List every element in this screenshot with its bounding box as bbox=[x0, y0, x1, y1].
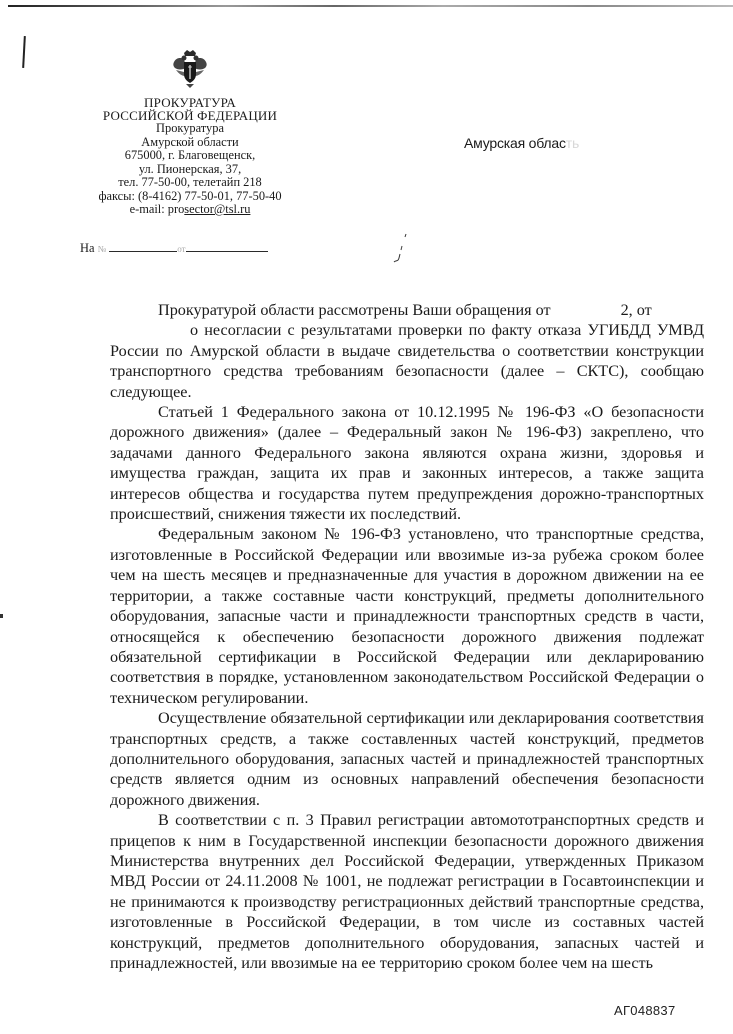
dept-line1: Прокуратура bbox=[60, 122, 320, 136]
email-prefix: e-mail: pro bbox=[130, 202, 185, 216]
email-link[interactable]: sector@tsl.ru bbox=[184, 202, 250, 216]
email-line: e-mail: prosector@tsl.ru bbox=[60, 203, 320, 217]
phone-line: тел. 77-50-00, телетайп 218 bbox=[60, 176, 320, 190]
intro-part1: Прокуратурой области рассмотрены Ваши об… bbox=[158, 301, 551, 319]
paragraph-registration-rules: В соответствии с п. 3 Правил регистрации… bbox=[110, 810, 704, 973]
recipient-visible: Амурская облас bbox=[464, 135, 566, 151]
dept-line2: Амурской области bbox=[60, 136, 320, 150]
form-serial-number: АГ048837 bbox=[614, 1003, 676, 1018]
reference-prefix: На bbox=[80, 241, 94, 255]
paragraph-law-article: Статьей 1 Федерального закона от 10.12.1… bbox=[110, 402, 704, 524]
signature-mark bbox=[392, 232, 412, 268]
reference-number-label: № bbox=[98, 244, 107, 254]
reference-date-blank bbox=[186, 240, 268, 252]
fax-line: факсы: (8-4162) 77-50-01, 77-50-40 bbox=[60, 190, 320, 204]
paragraph-intro: Прокуратурой области рассмотрены Ваши об… bbox=[110, 300, 704, 402]
letter-body: Прокуратурой области рассмотрены Ваши об… bbox=[110, 300, 704, 973]
scan-edge-line bbox=[8, 5, 733, 7]
paragraph-certification: Федеральным законом № 196-ФЗ установлено… bbox=[110, 524, 704, 708]
margin-pen-mark bbox=[22, 36, 26, 68]
recipient-faded: ть bbox=[566, 135, 579, 151]
reference-number-line: На № от bbox=[80, 240, 268, 256]
letterhead: ПРОКУРАТУРА РОССИЙСКОЙ ФЕДЕРАЦИИ Прокура… bbox=[60, 48, 320, 217]
reference-separator: от bbox=[177, 244, 185, 254]
address-line2: ул. Пионерская, 37, bbox=[60, 163, 320, 177]
address-line1: 675000, г. Благовещенск, bbox=[60, 149, 320, 163]
scan-artifact-mark bbox=[0, 614, 3, 618]
intro-part2: 2, от bbox=[621, 301, 652, 319]
prosecutor-emblem-icon bbox=[170, 48, 210, 90]
paragraph-implementation: Осуществление обязательной сертификации … bbox=[110, 708, 704, 810]
reference-number-blank bbox=[109, 240, 177, 252]
recipient-address: Амурская область bbox=[464, 135, 579, 151]
intro-part3: о несогласии с результатами проверки по … bbox=[110, 321, 704, 400]
